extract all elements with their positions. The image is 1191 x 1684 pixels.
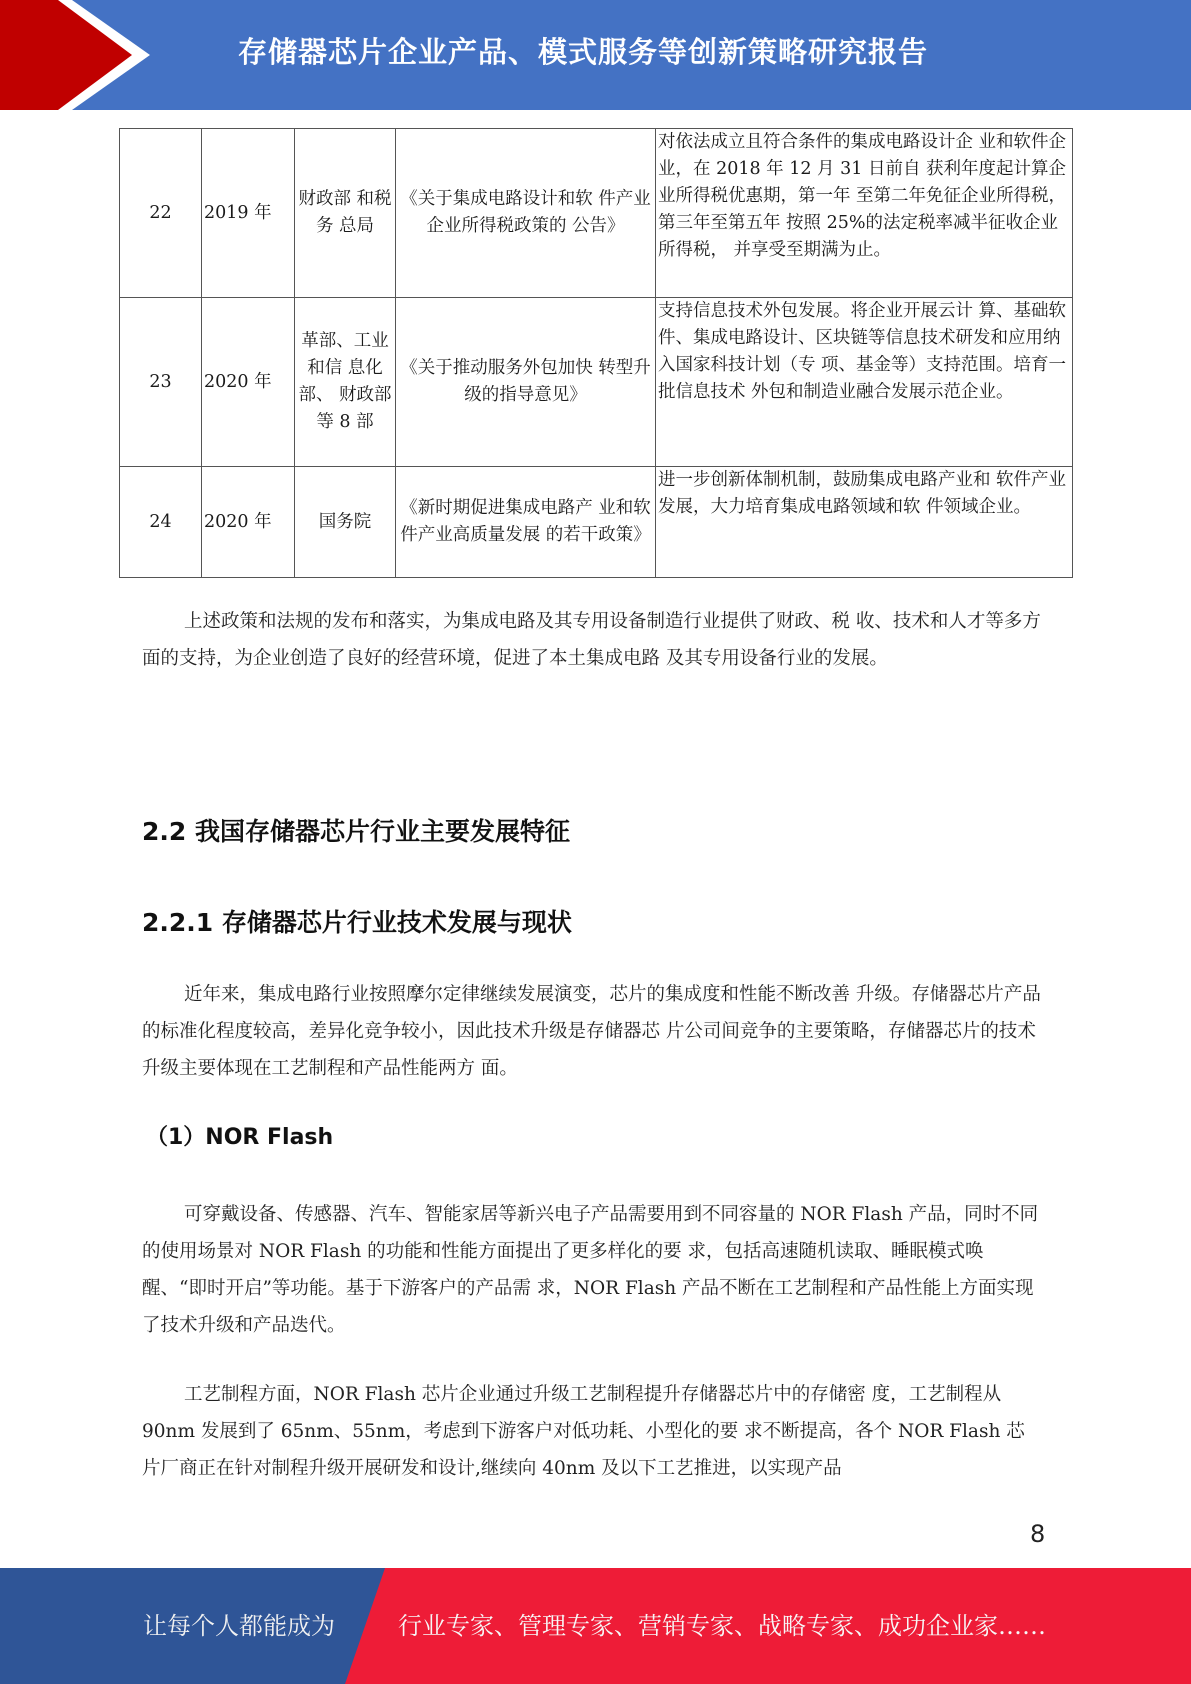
table-row: 23 2020 年 革部、工业和信 息化部、 财政部 等 8 部 《关于推动服务… <box>120 298 1073 467</box>
page-footer: 让每个人都能成为 行业专家、管理专家、营销专家、战略专家、成功企业家…… <box>0 1568 1191 1684</box>
report-title: 存储器芯片企业产品、模式服务等创新策略研究报告 <box>238 30 928 71</box>
nor-flash-paragraph-1: 可穿戴设备、传感器、汽车、智能家居等新兴电子产品需要用到不同容量的 NOR Fl… <box>142 1196 1042 1344</box>
row-department: 革部、工业和信 息化部、 财政部 等 8 部 <box>295 298 396 467</box>
table-row: 24 2020 年 国务院 《新时期促进集成电路产 业和软件产业高质量发展 的若… <box>120 467 1073 578</box>
policy-table: 22 2019 年 财政部 和税务 总局 《关于集成电路设计和软 件产业企业所得… <box>119 128 1073 578</box>
row-policy-content: 支持信息技术外包发展。将企业开展云计 算、基础软件、集成电路设计、区块链等信息技… <box>656 298 1073 467</box>
summary-paragraph: 上述政策和法规的发布和落实，为集成电路及其专用设备制造行业提供了财政、税 收、技… <box>142 603 1042 677</box>
tech-paragraph: 近年来，集成电路行业按照摩尔定律继续发展演变，芯片的集成度和性能不断改善 升级。… <box>142 976 1042 1087</box>
row-year: 2019 年 <box>202 129 295 298</box>
footer-slogan-left: 让每个人都能成为 <box>143 1606 335 1641</box>
table-row: 22 2019 年 财政部 和税务 总局 《关于集成电路设计和软 件产业企业所得… <box>120 129 1073 298</box>
nor-flash-paragraph-2: 工艺制程方面，NOR Flash 芯片企业通过升级工艺制程提升存储器芯片中的存储… <box>142 1376 1042 1487</box>
row-department: 财政部 和税务 总局 <box>295 129 396 298</box>
row-number: 23 <box>120 298 202 467</box>
section-heading-2-2: 2.2 我国存储器芯片行业主要发展特征 <box>142 812 570 848</box>
row-policy-title: 《新时期促进集成电路产 业和软件产业高质量发展 的若干政策》 <box>396 467 656 578</box>
row-policy-content: 对依法成立且符合条件的集成电路设计企 业和软件企业，在 2018 年 12 月 … <box>656 129 1073 298</box>
row-policy-content: 进一步创新体制机制，鼓励集成电路产业和 软件产业发展，大力培育集成电路领域和软 … <box>656 467 1073 578</box>
row-policy-title: 《关于推动服务外包加快 转型升级的指导意见》 <box>396 298 656 467</box>
row-policy-title: 《关于集成电路设计和软 件产业企业所得税政策的 公告》 <box>396 129 656 298</box>
row-number: 24 <box>120 467 202 578</box>
row-year: 2020 年 <box>202 298 295 467</box>
red-arrow-decoration <box>0 0 150 110</box>
footer-slogan-right: 行业专家、管理专家、营销专家、战略专家、成功企业家…… <box>398 1606 1046 1641</box>
subsection-heading-nor-flash: （1）NOR Flash <box>146 1120 333 1151</box>
row-year: 2020 年 <box>202 467 295 578</box>
section-heading-2-2-1: 2.2.1 存储器芯片行业技术发展与现状 <box>142 903 572 939</box>
row-department: 国务院 <box>295 467 396 578</box>
page-header: 存储器芯片企业产品、模式服务等创新策略研究报告 <box>0 0 1191 110</box>
page-number: 8 <box>1030 1520 1045 1548</box>
row-number: 22 <box>120 129 202 298</box>
